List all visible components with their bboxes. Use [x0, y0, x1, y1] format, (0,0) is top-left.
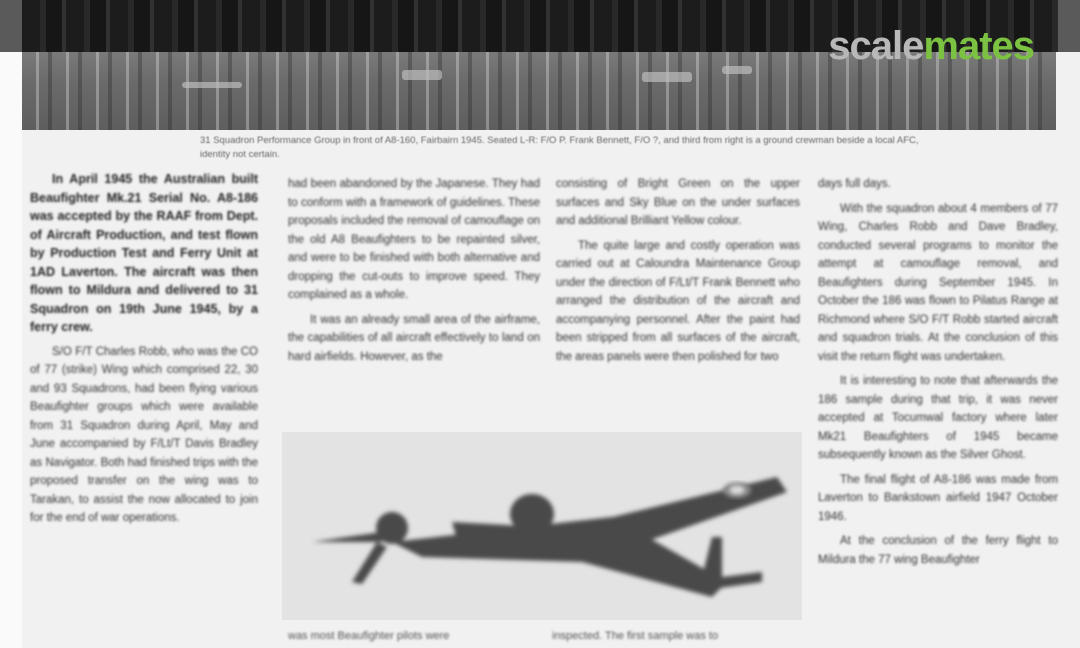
lead-paragraph: In April 1945 the Australian built Beauf…	[30, 170, 258, 337]
paragraph: It is interesting to note that afterward…	[818, 372, 1058, 465]
aircraft-icon	[282, 432, 802, 620]
beaufighter-photo	[282, 432, 802, 620]
right-edge	[1058, 0, 1080, 52]
photo-highlight	[722, 66, 752, 74]
paragraph: had been abandoned by the Japanese. They…	[288, 175, 540, 305]
scalemates-watermark: scalemates	[828, 26, 1034, 66]
photo-caption: 31 Squadron Performance Group in front o…	[200, 134, 920, 162]
column-3: consisting of Bright Green on the upper …	[556, 175, 800, 372]
column-4: days full days. With the squadron about …	[818, 175, 1058, 575]
paragraph: days full days.	[818, 175, 1058, 194]
column-2: had been abandoned by the Japanese. They…	[288, 175, 540, 372]
page-margin	[0, 52, 22, 648]
paragraph: It was an already small area of the airf…	[288, 311, 540, 367]
column-1: In April 1945 the Australian built Beauf…	[30, 170, 258, 534]
photo-highlight	[402, 70, 442, 80]
paragraph: With the squadron about 4 members of 77 …	[818, 200, 1058, 367]
photo-highlight	[182, 82, 242, 88]
watermark-part2: mates	[923, 24, 1034, 68]
column-2-bottom-text: was most Beaufighter pilots were	[288, 628, 528, 644]
paragraph: S/O F/T Charles Robb, who was the CO of …	[30, 343, 258, 528]
left-edge	[0, 0, 22, 52]
paragraph: consisting of Bright Green on the upper …	[556, 175, 800, 231]
paragraph: At the conclusion of the ferry flight to…	[818, 532, 1058, 569]
watermark-part1: scale	[828, 24, 923, 68]
paragraph: The quite large and costly operation was…	[556, 237, 800, 367]
column-3-bottom-text: inspected. The first sample was to	[552, 628, 802, 644]
paragraph: The final flight of A8-186 was made from…	[818, 471, 1058, 527]
photo-highlight	[642, 72, 692, 82]
